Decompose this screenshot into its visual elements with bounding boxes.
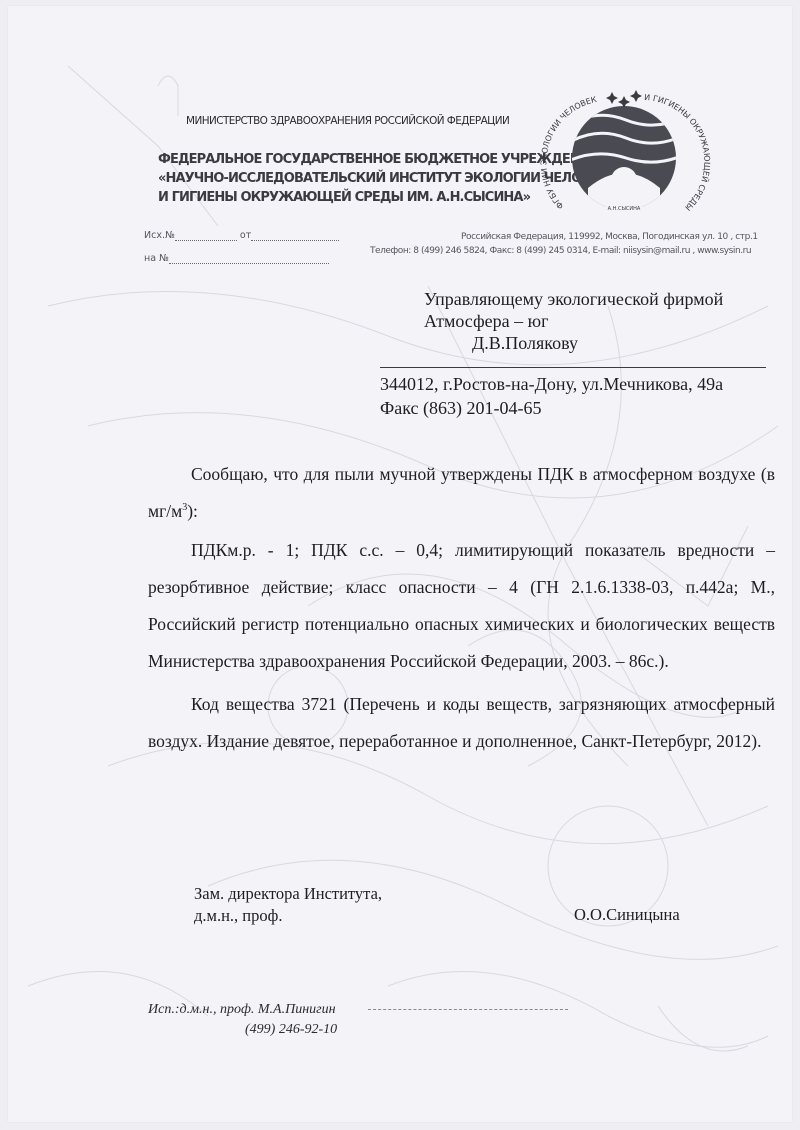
outgoing-number-blank	[175, 240, 237, 241]
institution-contacts: Телефон: 8 (499) 246 5824, Факс: 8 (499)…	[370, 246, 751, 256]
date-from-label: от	[240, 230, 251, 241]
recipient-company: Атмосфера – юг	[424, 310, 723, 332]
institution-line: И ГИГИЕНЫ ОКРУЖАЮЩЕЙ СРЕДЫ ИМ. А.Н.СЫСИН…	[158, 188, 528, 207]
signatory-name: О.О.Синицына	[574, 905, 680, 925]
recipient-title: Управляющему экологической фирмой	[424, 288, 723, 310]
recipient-block: Управляющему экологической фирмой Атмосф…	[424, 288, 723, 354]
ministry-title: МИНИСТЕРСТВО ЗДРАВООХРАНЕНИЯ РОССИЙСКОЙ …	[186, 114, 509, 127]
executor-phone: (499) 246-92-10	[148, 1020, 337, 1040]
institute-emblem-icon: А.Н.СЫСИНА ФГБУ НИИ ЭКОЛОГИИ ЧЕЛОВЕКА И …	[536, 78, 716, 228]
executor-block: Исп.:д.м.н., проф. М.А.Пинигин (499) 246…	[148, 1000, 337, 1040]
outgoing-number-label: Исх.№	[144, 230, 175, 241]
recipient-name: Д.В.Полякову	[424, 332, 723, 354]
recipient-divider	[380, 367, 766, 368]
institution-line: «НАУЧНО-ИССЛЕДОВАТЕЛЬСКИЙ ИНСТИТУТ ЭКОЛО…	[158, 169, 528, 188]
date-blank	[251, 240, 339, 241]
body-paragraph: ПДКм.р. - 1; ПДК с.с. – 0,4; лимитирующи…	[148, 532, 775, 680]
reply-number-blank	[169, 263, 329, 264]
emblem-center-text: А.Н.СЫСИНА	[608, 206, 641, 212]
executor-underline	[368, 1009, 568, 1010]
body-paragraph: Сообщаю, что для пыли мучной утверждены …	[148, 456, 775, 530]
executor-name: Исп.:д.м.н., проф. М.А.Пинигин	[148, 1000, 337, 1020]
outgoing-number-field: Исх.№ от	[144, 230, 339, 241]
recipient-address: 344012, г.Ростов-на-Дону, ул.Мечникова, …	[380, 372, 723, 396]
reply-number-label: на №	[144, 253, 169, 264]
letter-body: Сообщаю, что для пыли мучной утверждены …	[191, 456, 775, 762]
institution-line: ФЕДЕРАЛЬНОЕ ГОСУДАРСТВЕННОЕ БЮДЖЕТНОЕ УЧ…	[158, 150, 528, 169]
recipient-fax: Факс (863) 201-04-65	[380, 396, 723, 420]
reply-number-field: на №	[144, 253, 329, 264]
recipient-address-block: 344012, г.Ростов-на-Дону, ул.Мечникова, …	[380, 372, 723, 420]
institution-name: ФЕДЕРАЛЬНОЕ ГОСУДАРСТВЕННОЕ БЮДЖЕТНОЕ УЧ…	[158, 150, 528, 207]
institution-address: Российская Федерация, 119992, Москва, По…	[461, 232, 758, 242]
body-paragraph: Код вещества 3721 (Перечень и коды вещес…	[148, 686, 775, 760]
signatory-position: Зам. директора Института, д.м.н., проф.	[194, 883, 382, 927]
letter-page: МИНИСТЕРСТВО ЗДРАВООХРАНЕНИЯ РОССИЙСКОЙ …	[8, 6, 792, 1122]
